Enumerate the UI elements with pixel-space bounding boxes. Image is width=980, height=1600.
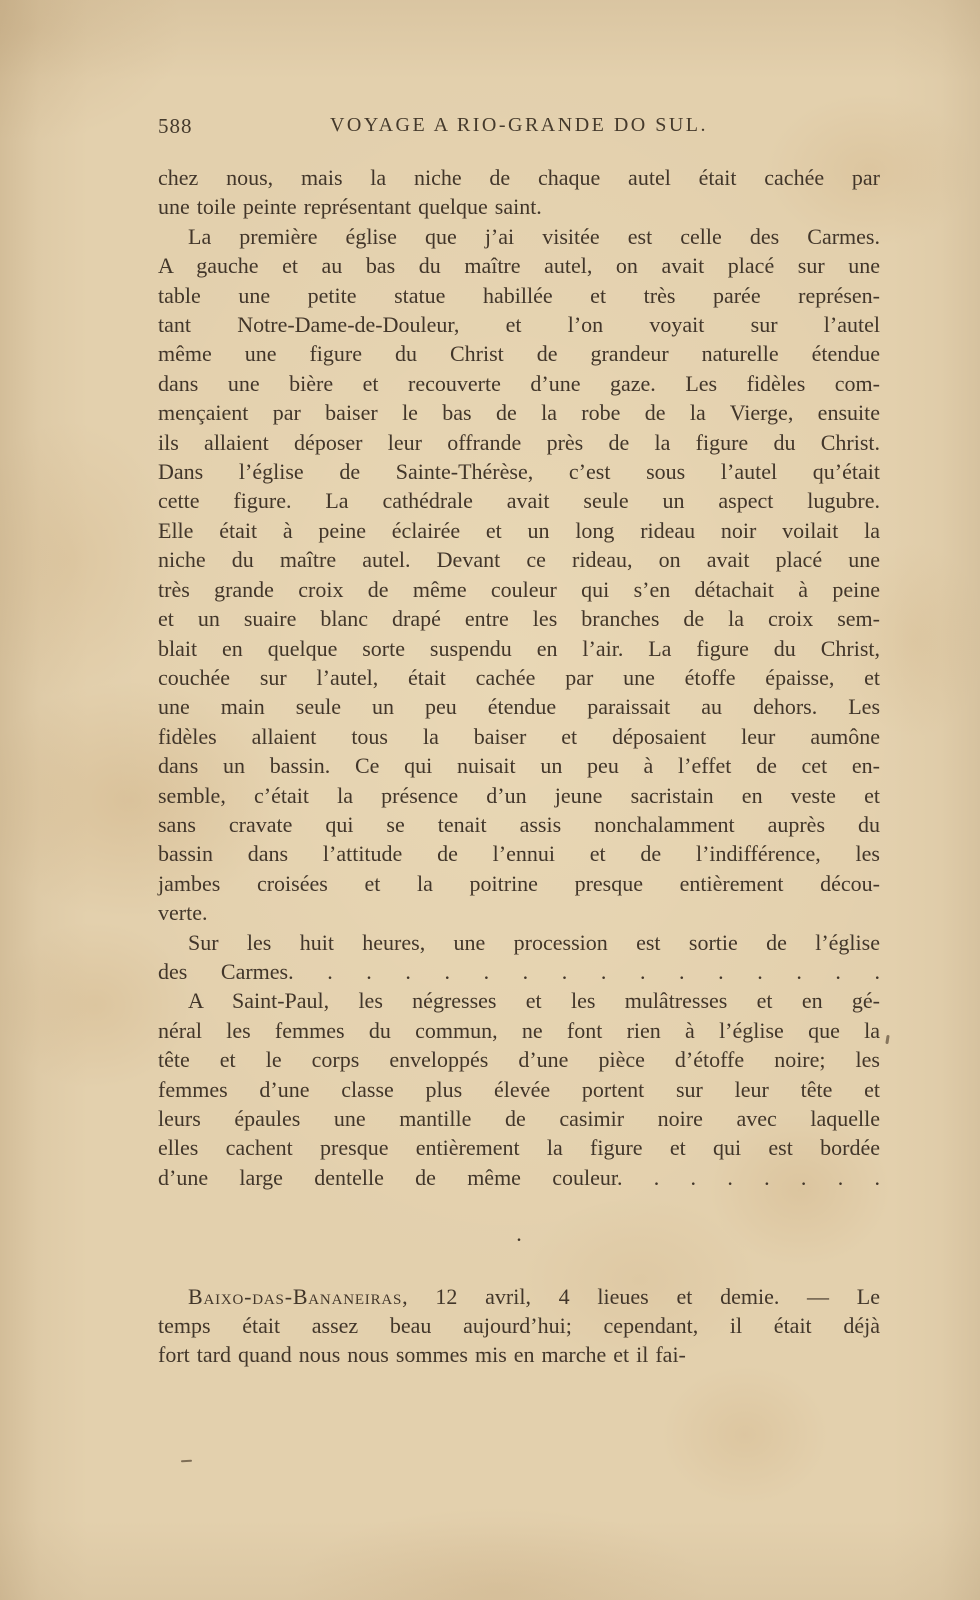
text-line: même une figure du Christ de grandeur na… bbox=[158, 339, 880, 368]
text-line: tête et le corps enveloppés d’une pièce … bbox=[158, 1045, 880, 1074]
text-line: dans une bière et recouverte d’une gaze.… bbox=[158, 369, 880, 398]
text-block: chez nous, mais la niche de chaque autel… bbox=[158, 163, 880, 1370]
page-title: VOYAGE A RIO-GRANDE DO SUL. bbox=[158, 114, 880, 137]
text-line: La première église que j’ai visitée est … bbox=[158, 222, 880, 251]
text-line: niche du maître autel. Devant ce rideau,… bbox=[158, 545, 880, 574]
paragraph: chez nous, mais la niche de chaque autel… bbox=[158, 163, 880, 222]
place-name-smallcaps: Baixo-das-Bananeiras bbox=[188, 1284, 402, 1309]
text-line: femmes d’une classe plus élevée portent … bbox=[158, 1075, 880, 1104]
text-line: dans un bassin. Ce qui nuisait un peu à … bbox=[158, 751, 880, 780]
paragraph: La première église que j’ai visitée est … bbox=[158, 222, 880, 928]
text-line: A gauche et au bas du maître autel, on a… bbox=[158, 251, 880, 280]
text-line: Sur les huit heures, une procession est … bbox=[158, 928, 880, 957]
text-line: chez nous, mais la niche de chaque autel… bbox=[158, 163, 880, 192]
text-line: mençaient par baiser le bas de la robe d… bbox=[158, 398, 880, 427]
text-line: elles cachent presque entièrement la fig… bbox=[158, 1133, 880, 1162]
text-line: couchée sur l’autel, était cachée par un… bbox=[158, 663, 880, 692]
text-line: une toile peinte représentant quelque sa… bbox=[158, 192, 880, 221]
text-line: cette figure. La cathédrale avait seule … bbox=[158, 486, 880, 515]
text-line: bassin dans l’attitude de l’ennui et de … bbox=[158, 839, 880, 868]
text-line: sans cravate qui se tenait assis nonchal… bbox=[158, 810, 880, 839]
text-line: semble, c’était la présence d’un jeune s… bbox=[158, 781, 880, 810]
text-line: très grande croix de même couleur qui s’… bbox=[158, 575, 880, 604]
text-line: une main seule un peu étendue paraissait… bbox=[158, 692, 880, 721]
text-line: jambes croisées et la poitrine presque e… bbox=[158, 869, 880, 898]
text-line: tant Notre-Dame-de-Douleur, et l’on voya… bbox=[158, 310, 880, 339]
text-line: fort tard quand nous nous sommes mis en … bbox=[158, 1340, 880, 1369]
text-line: table une petite statue habillée et très… bbox=[158, 281, 880, 310]
text-line: temps était assez beau aujourd’hui; cepe… bbox=[158, 1311, 880, 1340]
text-line: ils allaient déposer leur offrande près … bbox=[158, 428, 880, 457]
paragraph: Sur les huit heures, une procession est … bbox=[158, 928, 880, 987]
book-page-scan: 588 VOYAGE A RIO-GRANDE DO SUL. chez nou… bbox=[0, 0, 980, 1600]
text-line: Dans l’église de Sainte-Thérèse, c’est s… bbox=[158, 457, 880, 486]
text-line: blait en quelque sorte suspendu en l’air… bbox=[158, 634, 880, 663]
text-line: d’une large dentelle de même couleur. . … bbox=[158, 1163, 880, 1192]
section-separator-dot: . bbox=[158, 1219, 880, 1248]
text-line: leurs épaules une mantille de casimir no… bbox=[158, 1104, 880, 1133]
text-line: néral les femmes du commun, ne font rien… bbox=[158, 1016, 880, 1045]
text-line: et un suaire blanc drapé entre les branc… bbox=[158, 604, 880, 633]
text-line: Elle était à peine éclairée et un long r… bbox=[158, 516, 880, 545]
text-line: des Carmes. . . . . . . . . . . . . . . … bbox=[158, 957, 880, 986]
paragraph: Baixo-das-Bananeiras, 12 avril, 4 lieues… bbox=[158, 1282, 880, 1370]
text-line: A Saint-Paul, les négresses et les mulât… bbox=[158, 986, 880, 1015]
paragraph: A Saint-Paul, les négresses et les mulât… bbox=[158, 986, 880, 1192]
stray-tick-mark bbox=[885, 1035, 889, 1044]
text-line: verte. bbox=[158, 898, 880, 927]
text-line: Baixo-das-Bananeiras, 12 avril, 4 lieues… bbox=[158, 1282, 880, 1311]
page-header: 588 VOYAGE A RIO-GRANDE DO SUL. bbox=[158, 112, 880, 140]
text-line: fidèles allaient tous la baiser et dépos… bbox=[158, 722, 880, 751]
stray-dash-mark bbox=[181, 1460, 192, 1463]
